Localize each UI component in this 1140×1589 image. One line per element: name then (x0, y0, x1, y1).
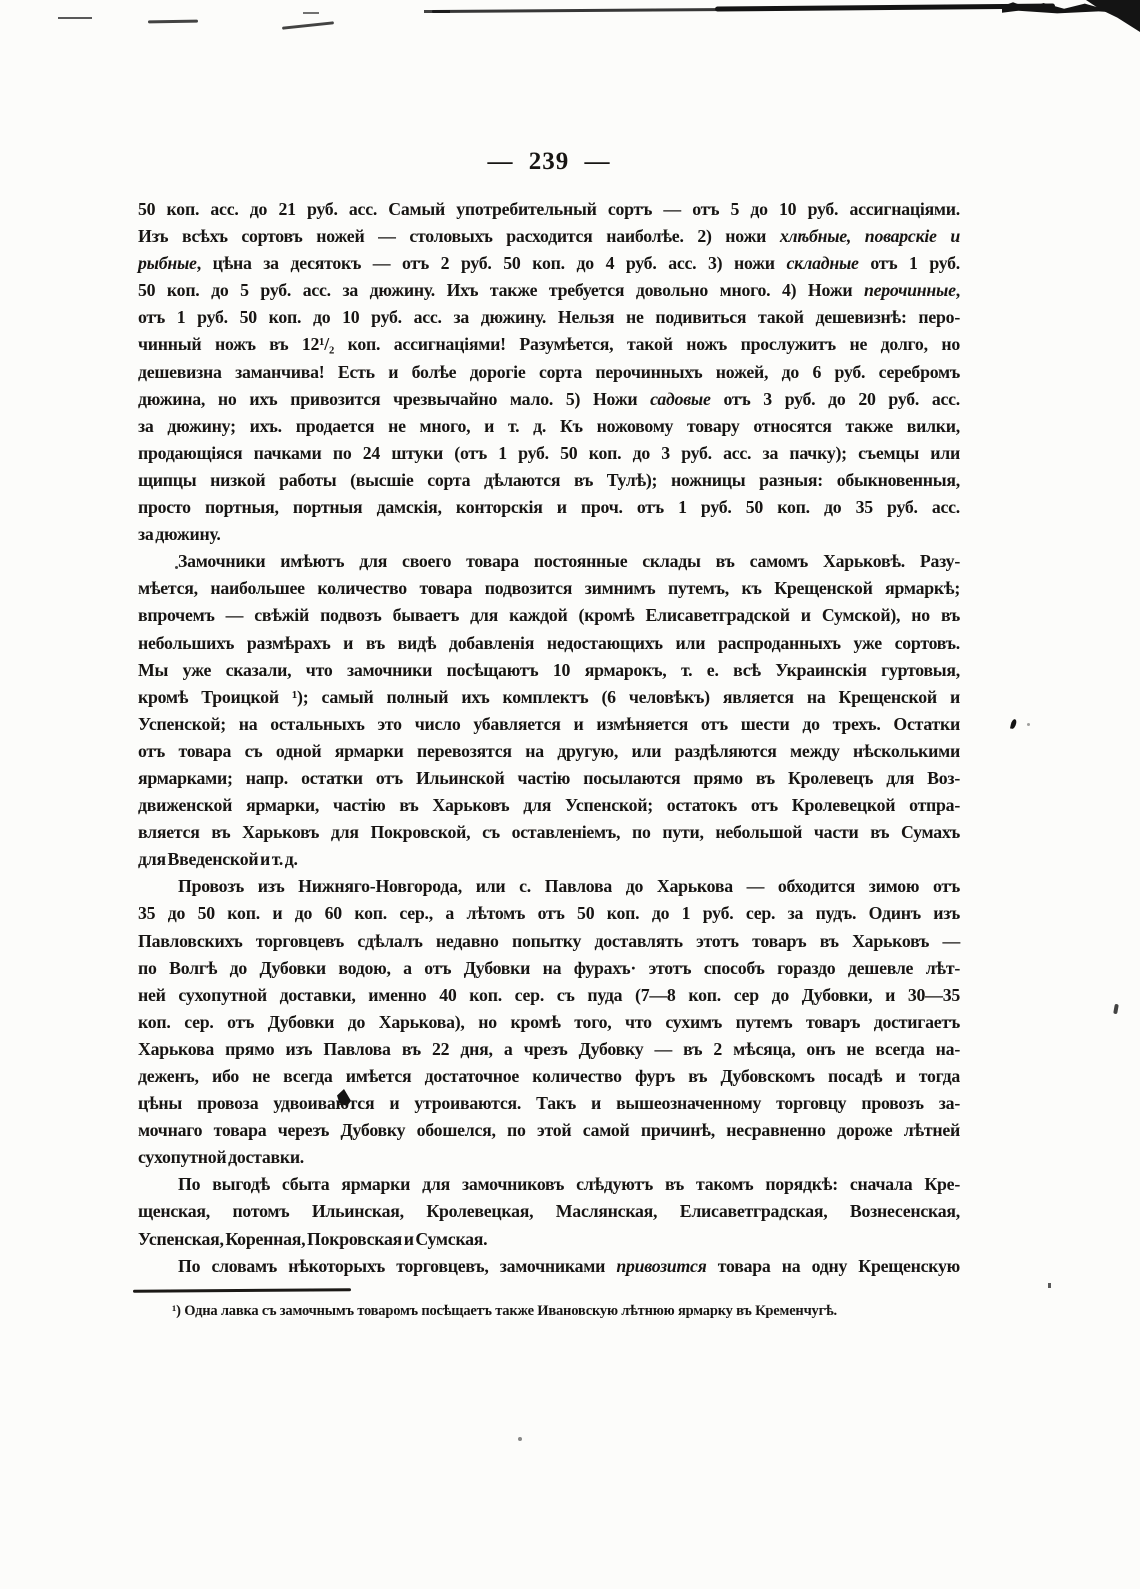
text-run: Успенской; на остальныхъ это число убавл… (138, 714, 960, 734)
text-line: за дюжину. (138, 521, 960, 548)
text-run: дешевизна заманчива! Есть и болѣе дорогі… (138, 362, 960, 382)
text-line: 50 коп. до 5 руб. асс. за дюжину. Ихъ та… (138, 277, 960, 304)
text-run: отъ 1 руб. 50 коп. до 10 руб. асс. за дю… (138, 307, 960, 327)
text-line: небольшихъ размѣрахъ и въ видѣ добавлені… (138, 630, 960, 657)
text-run: товара на одну Крещенскую (707, 1256, 960, 1276)
text-line: По словамъ нѣкоторыхъ торговцевъ, замочн… (138, 1253, 960, 1280)
text-line: 50 коп. асс. до 21 руб. асс. Самый употр… (138, 196, 960, 223)
text-line: щипцы низкой работы (высшіе сорта дѣлают… (138, 467, 960, 494)
text-run: По словамъ нѣкоторыхъ торговцевъ, замочн… (178, 1256, 616, 1276)
text-line: кромѣ Троицкой ¹); самый полный ихъ комп… (138, 684, 960, 711)
text-run: 50 коп. до 5 руб. асс. за дюжину. Ихъ та… (138, 280, 864, 300)
text-line: по Волгѣ до Дубовки водою, а отъ Дубовки… (138, 955, 960, 982)
footnote-text: Одна лавка съ замочнымъ товаромъ посѣщае… (181, 1303, 837, 1319)
text-run: Успенская, Коренная, Покровская и Сумска… (138, 1229, 487, 1249)
text-line: коп. сер. отъ Дубовки до Харькова), но к… (138, 1009, 960, 1036)
text-run: за дюжину. (138, 524, 221, 544)
text-line: Провозъ изъ Нижняго-Новгорода, или с. Па… (138, 873, 960, 900)
text-run: Харькова прямо изъ Павлова въ 22 дня, а … (138, 1039, 960, 1059)
text-run: щипцы низкой работы (высшіе сорта дѣлают… (138, 470, 960, 490)
text-run: Изъ всѣхъ сортовъ ножей — столовыхъ расх… (138, 226, 780, 246)
text-run: мочнаго товара черезъ Дубовку обошелся, … (138, 1120, 960, 1140)
text-run: отъ товара съ одной ярмарки перевозятся … (138, 741, 960, 761)
italic-text-run: привозится (616, 1256, 706, 1276)
text-run: деженъ, ибо не всегда имѣется достаточно… (138, 1066, 960, 1086)
text-line: рыбные, цѣна за десятокъ — отъ 2 руб. 50… (138, 250, 960, 277)
text-run: продающіяся пачками по 24 штуки (отъ 1 р… (138, 443, 960, 463)
italic-text-run: складные (786, 253, 858, 273)
text-run: коп. сер. отъ Дубовки до Харькова), но к… (138, 1012, 960, 1032)
italic-text-run: рыбные (138, 253, 197, 273)
scan-artifact (432, 8, 732, 13)
text-line: отъ товара съ одной ярмарки перевозятся … (138, 738, 960, 765)
text-run: ней сухопутной доставки, именно 40 коп. … (138, 985, 960, 1005)
italic-text-run: хлѣбные, поварскіе и (780, 226, 960, 246)
italic-text-run: садовые (650, 389, 710, 409)
text-run: По выгодѣ сбыта ярмарки для замочниковъ … (178, 1174, 960, 1194)
text-run: щенская, потомъ Ильинская, Кролевецкая, … (138, 1201, 960, 1221)
text-run: ярмарками; напр. остатки отъ Ильинской ч… (138, 768, 960, 788)
text-line: чинный ножъ въ 12¹/₂ коп. ассигнаціями! … (138, 331, 960, 358)
scan-artifact (303, 12, 319, 14)
text-line: для Введенской и т. д. (138, 846, 960, 873)
scan-artifact (1027, 723, 1030, 726)
text-run: Павловскихъ торговцевъ сдѣлалъ недавно п… (138, 931, 960, 951)
text-line: щенская, потомъ Ильинская, Кролевецкая, … (138, 1198, 960, 1225)
text-line: ней сухопутной доставки, именно 40 коп. … (138, 982, 960, 1009)
text-run: по Волгѣ до Дубовки водою, а отъ Дубовки… (138, 958, 960, 978)
scan-artifact (148, 20, 198, 24)
text-line: Харькова прямо изъ Павлова въ 22 дня, а … (138, 1036, 960, 1063)
text-line: движенской ярмарки, частію въ Харьковъ д… (138, 792, 960, 819)
text-line: По выгодѣ сбыта ярмарки для замочниковъ … (138, 1171, 960, 1198)
text-line: просто портныя, портныя дамскія, конторс… (138, 494, 960, 521)
text-run: , цѣна за десятокъ — отъ 2 руб. 50 коп. … (197, 253, 787, 273)
text-run: чинный ножъ въ 12¹/₂ коп. ассигнаціями! … (138, 334, 960, 354)
scan-artifact (1086, 0, 1140, 32)
scan-artifact (1113, 1004, 1119, 1015)
text-line: сухопутной доставки. (138, 1144, 960, 1171)
text-run: Провозъ изъ Нижняго-Новгорода, или с. Па… (178, 876, 960, 896)
text-line: продающіяся пачками по 24 штуки (отъ 1 р… (138, 440, 960, 467)
text-run: вляется въ Харьковъ для Покровской, съ о… (138, 822, 960, 842)
text-run: 35 до 50 коп. и до 60 коп. сер., а лѣтом… (138, 903, 960, 923)
text-run: движенской ярмарки, частію въ Харьковъ д… (138, 795, 960, 815)
text-line: мочнаго товара черезъ Дубовку обошелся, … (138, 1117, 960, 1144)
text-run: отъ 3 руб. до 20 руб. асс. (711, 389, 960, 409)
text-line: мѣется, наибольшее количество товара под… (138, 575, 960, 602)
italic-text-run: перочинные (864, 280, 956, 300)
text-run: за дюжину; ихъ. продается не много, и т.… (138, 416, 960, 436)
text-line: дюжина, но ихъ привозится чрезвычайно ма… (138, 386, 960, 413)
text-run: сухопутной доставки. (138, 1147, 304, 1167)
text-line: Павловскихъ торговцевъ сдѣлалъ недавно п… (138, 928, 960, 955)
text-line: Мы уже сказали, что замочники посѣщаютъ … (138, 657, 960, 684)
text-line: цѣны провоза удвоиваются и утроиваются. … (138, 1090, 960, 1117)
text-line: вляется въ Харьковъ для Покровской, съ о… (138, 819, 960, 846)
text-line: Успенская, Коренная, Покровская и Сумска… (138, 1226, 960, 1253)
text-run: 50 коп. асс. до 21 руб. асс. Самый употр… (138, 199, 960, 219)
text-line: впрочемъ — свѣжій подвозъ бываетъ для ка… (138, 602, 960, 629)
text-run: Замочники имѣютъ для своего товара посто… (178, 551, 960, 571)
text-run: отъ 1 руб. (859, 253, 960, 273)
scan-artifact (1010, 719, 1017, 730)
scan-artifact (424, 10, 450, 13)
scan-artifact (282, 21, 334, 29)
text-line: деженъ, ибо не всегда имѣется достаточно… (138, 1063, 960, 1090)
book-page: — 239 — 50 коп. асс. до 21 руб. асс. Сам… (0, 0, 1140, 1589)
text-run: впрочемъ — свѣжій подвозъ бываетъ для ка… (138, 605, 960, 625)
text-run: кромѣ Троицкой ¹); самый полный ихъ комп… (138, 687, 960, 707)
text-line: Успенской; на остальныхъ это число убавл… (138, 711, 960, 738)
scan-artifact (58, 17, 92, 19)
text-line: за дюжину; ихъ. продается не много, и т.… (138, 413, 960, 440)
footnote-marker: ¹) (172, 1303, 181, 1319)
text-line: дешевизна заманчива! Есть и болѣе дорогі… (138, 359, 960, 386)
text-line: Изъ всѣхъ сортовъ ножей — столовыхъ расх… (138, 223, 960, 250)
footnote-divider (133, 1288, 351, 1293)
footnote: ¹) Одна лавка съ замочнымъ товаромъ посѣ… (138, 1301, 960, 1321)
text-run: дюжина, но ихъ привозится чрезвычайно ма… (138, 389, 650, 409)
scan-artifact (518, 1437, 522, 1441)
text-line: Замочники имѣютъ для своего товара посто… (138, 548, 960, 575)
text-run: цѣны провоза удвоиваются и утроиваются. … (138, 1093, 960, 1113)
text-line: отъ 1 руб. 50 коп. до 10 руб. асс. за дю… (138, 304, 960, 331)
text-run: Мы уже сказали, что замочники посѣщаютъ … (138, 660, 960, 680)
text-run: , (956, 280, 960, 300)
scan-artifact (1048, 1283, 1051, 1288)
text-run: мѣется, наибольшее количество товара под… (138, 578, 960, 598)
text-line: ярмарками; напр. остатки отъ Ильинской ч… (138, 765, 960, 792)
body-text: 50 коп. асс. до 21 руб. асс. Самый употр… (138, 196, 960, 1280)
text-run: небольшихъ размѣрахъ и въ видѣ добавлені… (138, 633, 960, 653)
text-line: 35 до 50 коп. и до 60 коп. сер., а лѣтом… (138, 900, 960, 927)
text-run: для Введенской и т. д. (138, 849, 298, 869)
page-number: — 239 — (138, 148, 960, 176)
text-run: просто портныя, портныя дамскія, конторс… (138, 497, 960, 517)
